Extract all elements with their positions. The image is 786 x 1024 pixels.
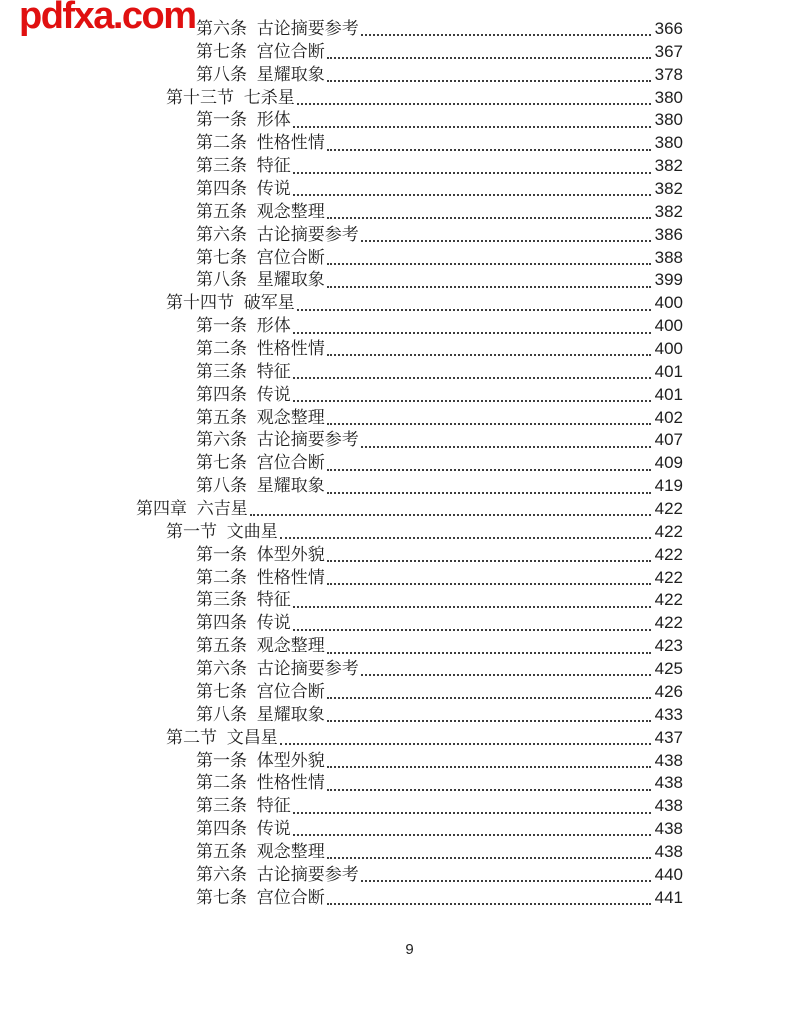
toc-entry-label: 第五条 观念整理: [196, 407, 325, 430]
toc-entry-page: 367: [653, 41, 683, 64]
toc-entry[interactable]: 第一条 形体380: [0, 109, 786, 132]
dot-leader: [293, 377, 651, 379]
toc-entry-label: 第六条 古论摘要参考: [196, 864, 359, 887]
toc-entry-label: 第六条 古论摘要参考: [196, 224, 359, 247]
toc-entry-label: 第七条 宫位合断: [196, 452, 325, 475]
toc-entry-page: 438: [653, 795, 683, 818]
toc-entry-label: 第五条 观念整理: [196, 201, 325, 224]
toc-entry[interactable]: 第五条 观念整理382: [0, 201, 786, 224]
toc-entry-page: 401: [653, 384, 683, 407]
toc-entry-label: 第一条 形体: [196, 109, 291, 132]
toc-entry-label: 第八条 星耀取象: [196, 704, 325, 727]
toc-entry-label: 第二条 性格性情: [196, 567, 325, 590]
toc-entry-label: 第三条 特征: [196, 361, 291, 384]
toc-entry-page: 422: [653, 544, 683, 567]
toc-entry-page: 401: [653, 361, 683, 384]
dot-leader: [327, 217, 651, 219]
dot-leader: [327, 80, 651, 82]
dot-leader: [327, 766, 651, 768]
toc-entry-page: 382: [653, 178, 683, 201]
toc-entry-page: 422: [653, 498, 683, 521]
toc-entry[interactable]: 第七条 宫位合断388: [0, 247, 786, 270]
toc-entry-label: 第四条 传说: [196, 178, 291, 201]
toc-entry[interactable]: 第二条 性格性情438: [0, 772, 786, 795]
dot-leader: [293, 629, 651, 631]
toc-entry-page: 441: [653, 887, 683, 910]
dot-leader: [327, 423, 651, 425]
toc-entry-label: 第一条 体型外貌: [196, 544, 325, 567]
toc-entry-label: 第十四节 破军星: [166, 292, 295, 315]
toc-entry-label: 第七条 宫位合断: [196, 681, 325, 704]
toc-entry[interactable]: 第十四节 破军星400: [0, 292, 786, 315]
dot-leader: [293, 400, 651, 402]
toc-entry-page: 419: [653, 475, 683, 498]
toc-entry-label: 第五条 观念整理: [196, 841, 325, 864]
toc-entry-page: 438: [653, 841, 683, 864]
toc-entry-page: 382: [653, 201, 683, 224]
toc-entry-page: 422: [653, 589, 683, 612]
toc-entry-page: 380: [653, 132, 683, 155]
toc-entry[interactable]: 第一条 体型外貌422: [0, 544, 786, 567]
dot-leader: [327, 789, 651, 791]
dot-leader: [327, 469, 651, 471]
toc-entry-page: 438: [653, 750, 683, 773]
toc-entry[interactable]: 第六条 古论摘要参考386: [0, 224, 786, 247]
toc-entry[interactable]: 第五条 观念整理438: [0, 841, 786, 864]
toc-entry-page: 437: [653, 727, 683, 750]
dot-leader: [361, 880, 651, 882]
toc-entry-page: 382: [653, 155, 683, 178]
dot-leader: [327, 492, 651, 494]
dot-leader: [327, 57, 651, 59]
toc-entry[interactable]: 第二条 性格性情422: [0, 567, 786, 590]
toc-entry-label: 第五条 观念整理: [196, 635, 325, 658]
toc-entry-label: 第三条 特征: [196, 155, 291, 178]
dot-leader: [293, 606, 651, 608]
dot-leader: [327, 697, 651, 699]
dot-leader: [293, 194, 651, 196]
toc-entry[interactable]: 第八条 星耀取象433: [0, 704, 786, 727]
toc-entry[interactable]: 第一条 形体400: [0, 315, 786, 338]
toc-entry[interactable]: 第八条 星耀取象378: [0, 64, 786, 87]
toc-entry-label: 第八条 星耀取象: [196, 475, 325, 498]
toc-entry-label: 第十三节 七杀星: [166, 87, 295, 110]
dot-leader: [293, 332, 651, 334]
toc-entry[interactable]: 第六条 古论摘要参考407: [0, 429, 786, 452]
toc-entry-page: 400: [653, 338, 683, 361]
dot-leader: [361, 446, 651, 448]
toc-entry[interactable]: 第六条 古论摘要参考440: [0, 864, 786, 887]
dot-leader: [297, 309, 651, 311]
toc-entry-label: 第六条 古论摘要参考: [196, 18, 359, 41]
toc-entry[interactable]: 第六条 古论摘要参考366: [0, 18, 786, 41]
toc-entry-page: 440: [653, 864, 683, 887]
dot-leader: [293, 172, 651, 174]
toc-entry-page: 400: [653, 315, 683, 338]
toc-entry[interactable]: 第三条 特征438: [0, 795, 786, 818]
dot-leader: [327, 652, 651, 654]
toc-entry[interactable]: 第一节 文曲星422: [0, 521, 786, 544]
toc-entry-page: 422: [653, 567, 683, 590]
dot-leader: [293, 812, 651, 814]
toc-entry[interactable]: 第四条 传说382: [0, 178, 786, 201]
toc-entry-page: 402: [653, 407, 683, 430]
dot-leader: [327, 583, 651, 585]
dot-leader: [361, 674, 651, 676]
toc-entry[interactable]: 第四章 六吉星422: [0, 498, 786, 521]
toc-entry-label: 第七条 宫位合断: [196, 41, 325, 64]
toc-entry-page: 425: [653, 658, 683, 681]
dot-leader: [327, 354, 651, 356]
toc-list: 第六条 古论摘要参考366第七条 宫位合断367第八条 星耀取象378第十三节 …: [0, 18, 786, 910]
toc-entry-label: 第四条 传说: [196, 384, 291, 407]
toc-entry[interactable]: 第七条 宫位合断367: [0, 41, 786, 64]
dot-leader: [327, 149, 651, 151]
dot-leader: [293, 834, 651, 836]
toc-entry-page: 438: [653, 772, 683, 795]
toc-entry-page: 438: [653, 818, 683, 841]
dot-leader: [361, 240, 651, 242]
toc-entry-label: 第八条 星耀取象: [196, 64, 325, 87]
toc-entry-page: 426: [653, 681, 683, 704]
toc-entry-label: 第七条 宫位合断: [196, 247, 325, 270]
toc-entry[interactable]: 第三条 特征401: [0, 361, 786, 384]
dot-leader: [293, 126, 651, 128]
dot-leader: [327, 286, 651, 288]
dot-leader: [327, 903, 651, 905]
dot-leader: [280, 537, 651, 539]
toc-entry[interactable]: 第八条 星耀取象419: [0, 475, 786, 498]
toc-entry-label: 第二条 性格性情: [196, 132, 325, 155]
toc-entry-page: 400: [653, 292, 683, 315]
toc-entry-label: 第四条 传说: [196, 612, 291, 635]
toc-entry[interactable]: 第六条 古论摘要参考425: [0, 658, 786, 681]
toc-entry[interactable]: 第十三节 七杀星380: [0, 87, 786, 110]
toc-entry-page: 399: [653, 269, 683, 292]
dot-leader: [297, 103, 651, 105]
toc-entry-page: 366: [653, 18, 683, 41]
toc-entry[interactable]: 第五条 观念整理402: [0, 407, 786, 430]
toc-entry-page: 409: [653, 452, 683, 475]
toc-entry[interactable]: 第七条 宫位合断409: [0, 452, 786, 475]
dot-leader: [327, 263, 651, 265]
toc-entry-label: 第一节 文曲星: [166, 521, 278, 544]
toc-entry[interactable]: 第五条 观念整理423: [0, 635, 786, 658]
toc-entry[interactable]: 第四条 传说438: [0, 818, 786, 841]
toc-entry-page: 378: [653, 64, 683, 87]
toc-entry-page: 422: [653, 612, 683, 635]
dot-leader: [327, 560, 651, 562]
toc-entry-label: 第四章 六吉星: [136, 498, 248, 521]
toc-entry-label: 第二条 性格性情: [196, 772, 325, 795]
toc-entry[interactable]: 第二条 性格性情400: [0, 338, 786, 361]
toc-entry-label: 第三条 特征: [196, 589, 291, 612]
dot-leader: [280, 743, 651, 745]
page-number-footer: 9: [136, 941, 683, 958]
toc-entry-label: 第八条 星耀取象: [196, 269, 325, 292]
toc-entry[interactable]: 第一条 体型外貌438: [0, 750, 786, 773]
dot-leader: [361, 34, 651, 36]
toc-entry-label: 第六条 古论摘要参考: [196, 429, 359, 452]
dot-leader: [327, 720, 651, 722]
toc-entry-label: 第二节 文昌星: [166, 727, 278, 750]
toc-entry[interactable]: 第三条 特征422: [0, 589, 786, 612]
toc-entry-page: 423: [653, 635, 683, 658]
toc-entry-page: 380: [653, 109, 683, 132]
toc-entry-label: 第三条 特征: [196, 795, 291, 818]
toc-entry[interactable]: 第二节 文昌星437: [0, 727, 786, 750]
dot-leader: [250, 514, 651, 516]
toc-entry-page: 422: [653, 521, 683, 544]
toc-entry-page: 388: [653, 247, 683, 270]
dot-leader: [327, 857, 651, 859]
toc-entry[interactable]: 第七条 宫位合断426: [0, 681, 786, 704]
toc-entry-label: 第一条 体型外貌: [196, 750, 325, 773]
toc-entry-page: 433: [653, 704, 683, 727]
toc-entry-label: 第二条 性格性情: [196, 338, 325, 361]
toc-entry[interactable]: 第四条 传说401: [0, 384, 786, 407]
toc-entry-label: 第四条 传说: [196, 818, 291, 841]
toc-entry[interactable]: 第三条 特征382: [0, 155, 786, 178]
toc-entry-page: 380: [653, 87, 683, 110]
toc-entry-page: 407: [653, 429, 683, 452]
toc-entry-label: 第六条 古论摘要参考: [196, 658, 359, 681]
toc-entry-label: 第一条 形体: [196, 315, 291, 338]
toc-entry-label: 第七条 宫位合断: [196, 887, 325, 910]
toc-entry[interactable]: 第七条 宫位合断441: [0, 887, 786, 910]
toc-entry-page: 386: [653, 224, 683, 247]
toc-entry[interactable]: 第八条 星耀取象399: [0, 269, 786, 292]
toc-entry[interactable]: 第四条 传说422: [0, 612, 786, 635]
toc-entry[interactable]: 第二条 性格性情380: [0, 132, 786, 155]
